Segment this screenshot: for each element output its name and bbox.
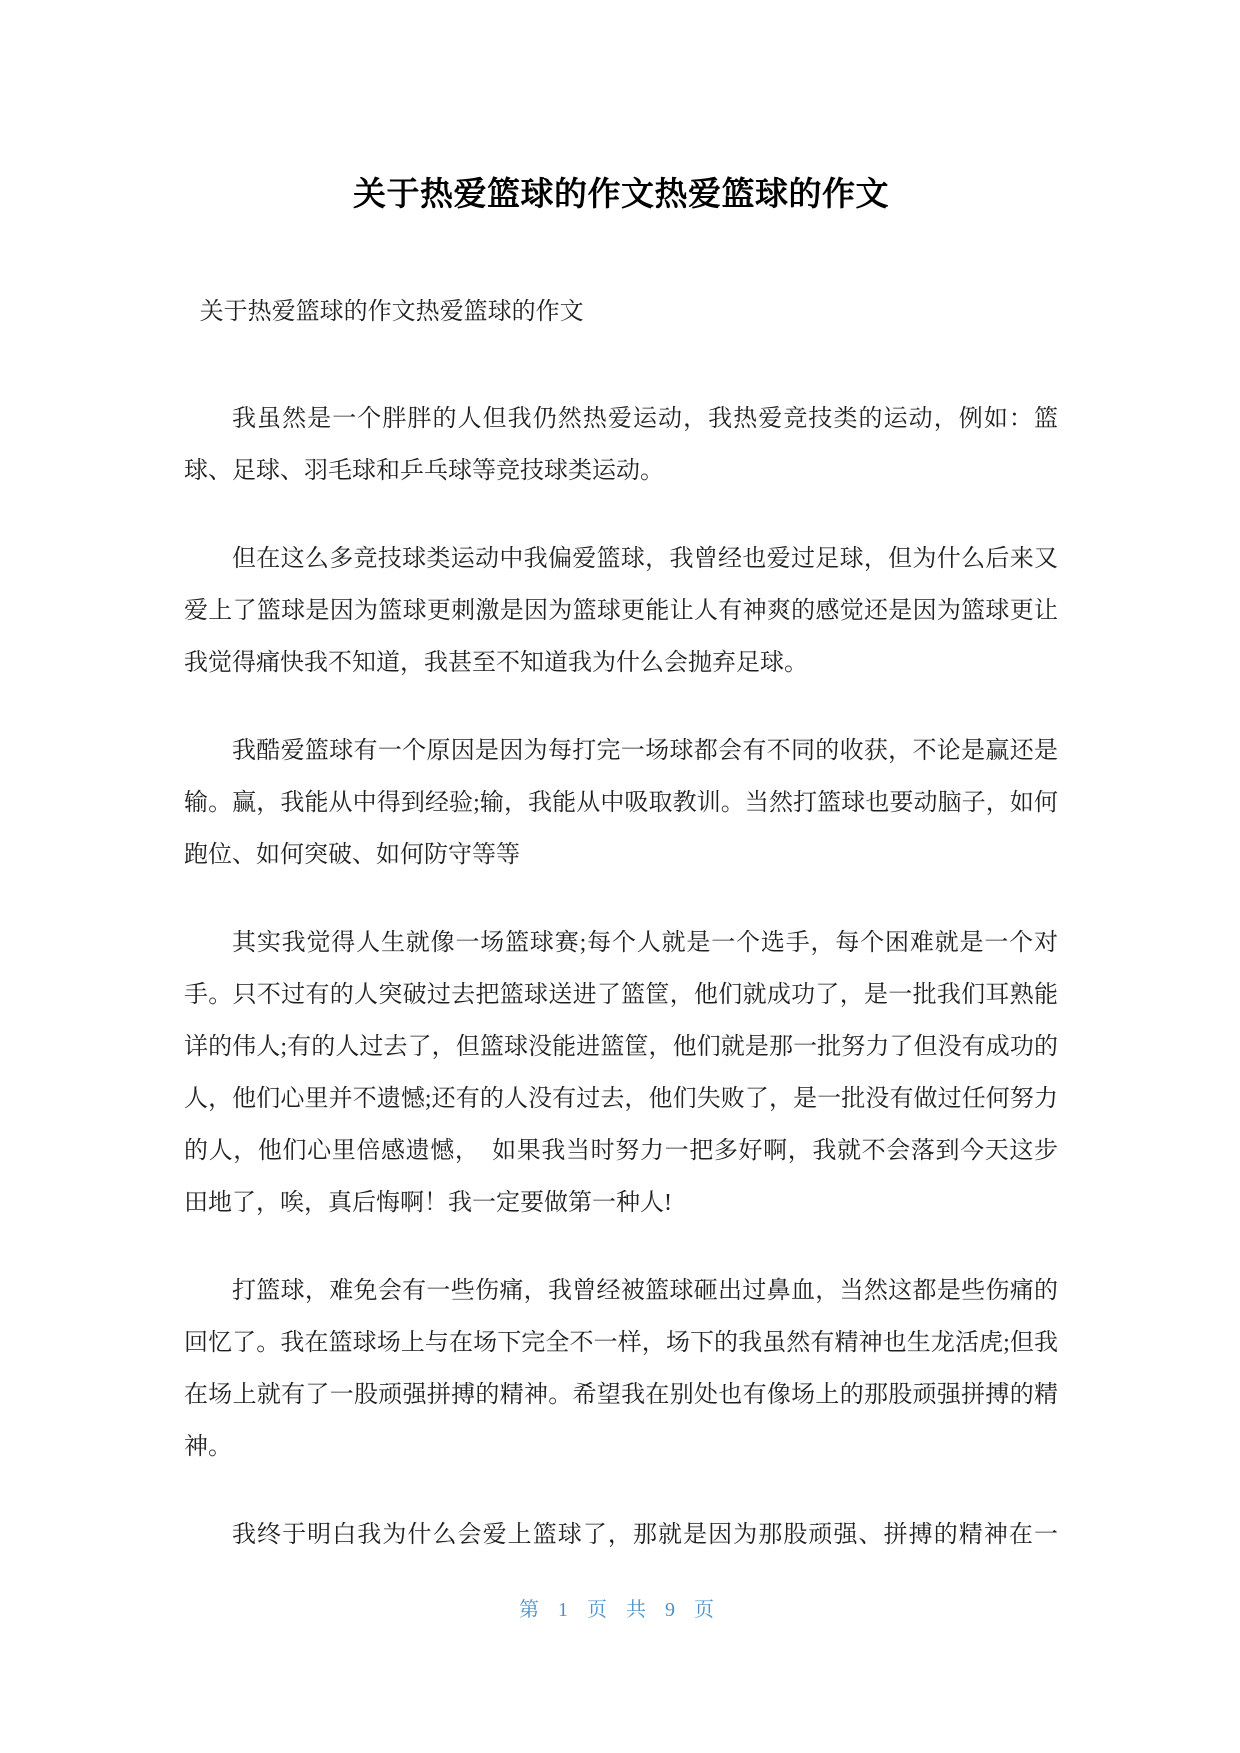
document-subtitle: 关于热爱篮球的作文热爱篮球的作文	[184, 297, 1058, 327]
document-page: 关于热爱篮球的作文热爱篮球的作文 关于热爱篮球的作文热爱篮球的作文 我虽然是一个…	[0, 0, 1240, 1753]
paragraph-6: 我终于明白我为什么会爱上篮球了，那就是因为那股顽强、拼搏的精神在一	[184, 1509, 1058, 1561]
page-footer: 第 1 页 共 9 页	[0, 1596, 1240, 1624]
paragraph-4: 其实我觉得人生就像一场篮球赛;每个人就是一个选手，每个困难就是一个对手。只不过有…	[184, 917, 1058, 1229]
document-title: 关于热爱篮球的作文热爱篮球的作文	[184, 172, 1058, 216]
paragraph-1: 我虽然是一个胖胖的人但我仍然热爱运动，我热爱竞技类的运动，例如：篮球、足球、羽毛…	[184, 393, 1058, 497]
paragraph-3: 我酷爱篮球有一个原因是因为每打完一场球都会有不同的收获，不论是赢还是输。赢，我能…	[184, 725, 1058, 881]
page-number-indicator: 第 1 页 共 9 页	[519, 1599, 721, 1621]
paragraph-2: 但在这么多竞技球类运动中我偏爱篮球，我曾经也爱过足球，但为什么后来又爱上了篮球是…	[184, 533, 1058, 689]
paragraph-5: 打篮球，难免会有一些伤痛，我曾经被篮球砸出过鼻血，当然这都是些伤痛的回忆了。我在…	[184, 1265, 1058, 1473]
